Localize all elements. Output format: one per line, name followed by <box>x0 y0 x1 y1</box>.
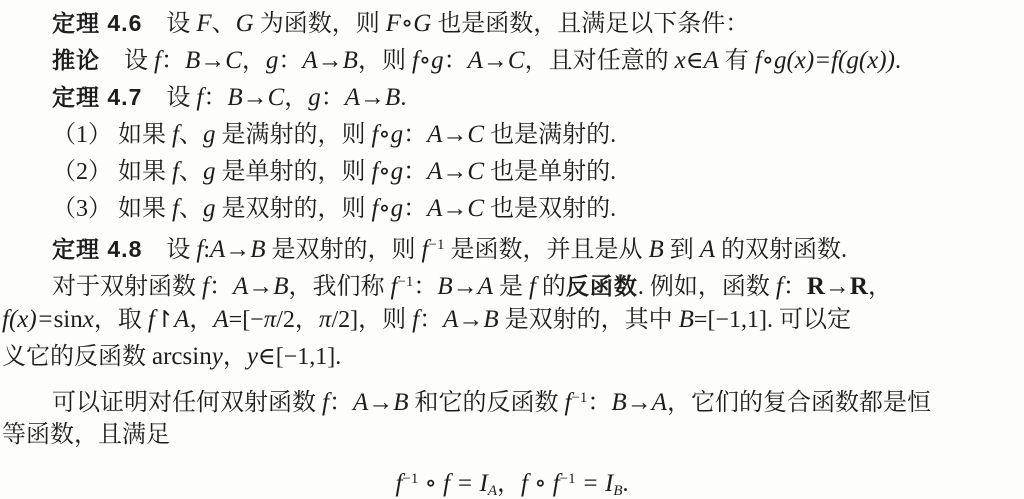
line-theorem-4-6: 定理 4.6 设 F、G 为函数，则 F∘G 也是函数，且满足以下条件： <box>0 5 1024 42</box>
text-segment: 也是满射的. <box>484 122 616 148</box>
text-segment: 设 <box>100 48 154 74</box>
text-segment: A→B <box>302 47 358 74</box>
text-segment: 、 <box>179 196 203 222</box>
text-segment: ： <box>203 85 227 111</box>
text-segment: ，则 <box>358 48 412 74</box>
text-segment: 是单射的，则 <box>215 159 371 185</box>
text-segment: A→C <box>468 47 525 74</box>
text-segment: −1 <box>571 390 587 406</box>
text-segment: ∈ <box>686 48 704 74</box>
text-segment: 也是双射的. <box>484 196 616 222</box>
line-example-sin: f(x)=sinx，取 f↾A，A=[−π/2，π/2]，则 f：A→B 是双射… <box>0 301 1024 338</box>
text-segment: f <box>202 273 209 300</box>
text-segment: ： <box>403 122 427 148</box>
text-segment: 和它的反函数 <box>409 390 565 416</box>
text-segment: A→C <box>427 121 484 148</box>
document-text: 定理 4.6 设 F、G 为函数，则 F∘G 也是函数，且满足以下条件：推论 设… <box>0 5 1024 498</box>
line-corollary: 推论 设 f：B→C，g：A→B，则 f∘g：A→C，且对任意的 x∈A 有 f… <box>0 42 1024 79</box>
text-segment: ， <box>189 307 213 333</box>
text-segment: 是双射的，则 <box>266 237 422 263</box>
line-theorem-4-7: 定理 4.7 设 f：B→C，g：A→B. <box>0 79 1024 116</box>
text-segment: 的双射函数. <box>715 237 847 263</box>
text-segment: f <box>529 273 536 300</box>
text-segment: ： <box>587 390 611 416</box>
line-arcsin: 义它的反函数 arcsiny，y∈[−1,1]. <box>0 338 1024 375</box>
text-segment: ， <box>242 48 266 74</box>
text-segment: ， <box>497 471 521 497</box>
text-segment: ： <box>329 390 353 416</box>
text-segment: f∘g(x)=f(g(x)) <box>755 47 895 74</box>
text-segment: 可以证明对任何双射函数 <box>52 390 322 416</box>
text-segment: . <box>623 471 629 497</box>
text-segment: /2]，则 <box>331 307 412 333</box>
text-segment: −1 <box>402 471 418 487</box>
text-segment: g <box>203 158 216 185</box>
text-segment: ： <box>403 159 427 185</box>
text-segment: 对于双射函数 <box>52 274 202 300</box>
text-segment: ↾ <box>155 307 174 333</box>
text-segment: B <box>648 236 663 263</box>
text-segment: = I <box>576 470 614 497</box>
text-segment: =[− <box>229 307 264 333</box>
text-segment: f <box>172 121 179 148</box>
text-segment: ： <box>413 274 437 300</box>
text-segment: /2， <box>276 307 319 333</box>
text-segment: 反函数 <box>566 273 638 299</box>
text-segment: F∘G <box>386 10 432 37</box>
text-segment: ， <box>284 85 308 111</box>
text-segment: F <box>196 10 211 37</box>
text-segment: ∘ f = I <box>418 470 487 497</box>
text-segment: A→B <box>210 236 266 263</box>
text-segment: B→A <box>611 389 667 416</box>
text-segment: 定理 4.8 <box>52 236 142 262</box>
text-segment: π <box>264 306 277 333</box>
text-segment: g <box>203 121 216 148</box>
text-segment: ： <box>444 48 468 74</box>
text-segment: B→A <box>437 273 493 300</box>
text-segment: R→R <box>807 273 868 300</box>
line-composition-intro: 可以证明对任何双射函数 f：A→B 和它的反函数 f−1：B→A，它们的复合函数… <box>0 380 1024 417</box>
text-segment: B <box>679 306 694 333</box>
text-segment: −1 <box>429 237 445 253</box>
line-item-1: （1） 如果 f、g 是满射的，则 f∘g：A→C 也是满射的. <box>0 116 1024 153</box>
text-segment: A <box>174 306 189 333</box>
line-item-3: （3） 如果 f、g 是双射的，则 f∘g：A→C 也是双射的. <box>0 190 1024 227</box>
text-segment: f <box>776 273 783 300</box>
text-segment: : <box>203 237 210 263</box>
text-segment: g <box>203 195 216 222</box>
text-segment: −1 <box>560 471 576 487</box>
text-segment: 定理 4.7 <box>52 84 142 110</box>
text-segment: A→B <box>345 84 401 111</box>
text-segment: A <box>213 306 228 333</box>
text-segment: ： <box>161 48 185 74</box>
text-segment: 到 <box>664 237 700 263</box>
text-segment: ： <box>278 48 302 74</box>
text-segment: ， <box>223 344 247 370</box>
text-segment: f∘g <box>371 195 403 222</box>
text-segment: 是函数，并且是从 <box>444 237 648 263</box>
text-segment: 也是单射的. <box>484 159 616 185</box>
text-segment: f <box>422 236 429 263</box>
text-segment: arcsin <box>152 343 212 370</box>
text-segment: 义它的反函数 <box>2 344 152 370</box>
text-segment: 也是函数，且满足以下条件： <box>431 11 749 37</box>
text-segment: y <box>247 343 258 370</box>
text-segment: 有 <box>719 48 755 74</box>
text-segment: ： <box>209 274 233 300</box>
text-segment: A→C <box>427 158 484 185</box>
text-segment: −1 <box>397 274 413 290</box>
text-segment: . <box>400 85 406 111</box>
text-segment: ： <box>419 307 443 333</box>
textbook-page: 定理 4.6 设 F、G 为函数，则 F∘G 也是函数，且满足以下条件：推论 设… <box>0 0 1024 499</box>
text-segment: 推论 <box>52 47 100 73</box>
text-segment: 、 <box>179 122 203 148</box>
text-segment: sin <box>54 306 83 333</box>
text-segment: 是 <box>493 274 529 300</box>
text-segment: f <box>172 158 179 185</box>
text-segment: G <box>236 10 254 37</box>
text-segment: A <box>488 483 497 499</box>
text-segment: f∘g <box>371 158 403 185</box>
text-segment: 设 <box>142 237 196 263</box>
text-segment: 的 <box>536 274 566 300</box>
text-segment: 定理 4.6 <box>52 10 142 36</box>
text-segment: f∘g <box>371 121 403 148</box>
text-segment: =[−1,1]. 可以定 <box>694 307 851 333</box>
text-segment: A→B <box>353 389 409 416</box>
text-segment: y <box>212 343 223 370</box>
line-identity-formula: f−1 ∘ f = IA，f ∘ f−1 = IB. <box>0 461 1024 498</box>
text-segment: A <box>700 236 715 263</box>
text-segment: . <box>895 48 901 74</box>
text-segment: g <box>266 47 279 74</box>
text-segment: A→C <box>427 195 484 222</box>
text-segment: π <box>319 306 332 333</box>
text-segment: A <box>703 47 718 74</box>
text-segment: x <box>83 306 94 333</box>
text-segment: ，它们的复合函数都是恒 <box>667 390 931 416</box>
text-segment: 、 <box>179 159 203 185</box>
text-segment: ： <box>403 196 427 222</box>
text-segment: f(x)= <box>2 306 54 333</box>
text-segment: 是满射的，则 <box>215 122 371 148</box>
text-segment: f <box>148 306 155 333</box>
text-segment: B→C <box>185 47 242 74</box>
text-segment: 设 <box>142 11 196 37</box>
text-segment: 是双射的，则 <box>215 196 371 222</box>
text-segment: B→C <box>227 84 284 111</box>
text-segment: f ∘ f <box>521 470 560 497</box>
text-segment: ，取 <box>94 307 148 333</box>
text-segment: （2） 如果 <box>52 159 172 185</box>
text-segment: 等函数，且满足 <box>2 422 170 448</box>
text-segment: A→B <box>233 273 289 300</box>
text-segment: ，我们称 <box>289 274 391 300</box>
text-segment: B <box>613 483 622 499</box>
line-item-2: （2） 如果 f、g 是单射的，则 f∘g：A→C 也是单射的. <box>0 153 1024 190</box>
text-segment: . 例如，函数 <box>638 274 776 300</box>
line-inverse-definition: 对于双射函数 f：A→B，我们称 f−1：B→A 是 f 的反函数. 例如，函数… <box>0 264 1024 301</box>
text-segment: 、 <box>212 11 236 37</box>
text-segment: ： <box>783 274 807 300</box>
text-segment: g <box>308 84 321 111</box>
text-segment: （3） 如果 <box>52 196 172 222</box>
text-segment: ： <box>321 85 345 111</box>
text-segment: x <box>675 47 686 74</box>
text-segment: ，且对任意的 <box>525 48 675 74</box>
text-segment: 是双射的，其中 <box>499 307 679 333</box>
line-theorem-4-8: 定理 4.8 设 f:A→B 是双射的，则 f−1 是函数，并且是从 B 到 A… <box>0 227 1024 264</box>
text-segment: f∘g <box>412 47 444 74</box>
text-segment: A→B <box>443 306 499 333</box>
text-segment: f <box>154 47 161 74</box>
text-segment: f <box>172 195 179 222</box>
line-composition-cont: 等函数，且满足 <box>0 417 1024 454</box>
text-segment: ∈[−1,1]. <box>258 344 341 370</box>
text-segment: 为函数，则 <box>254 11 386 37</box>
text-segment: （1） 如果 <box>52 122 172 148</box>
text-segment: ， <box>868 274 892 300</box>
text-segment: 设 <box>142 85 196 111</box>
text-segment: f <box>322 389 329 416</box>
